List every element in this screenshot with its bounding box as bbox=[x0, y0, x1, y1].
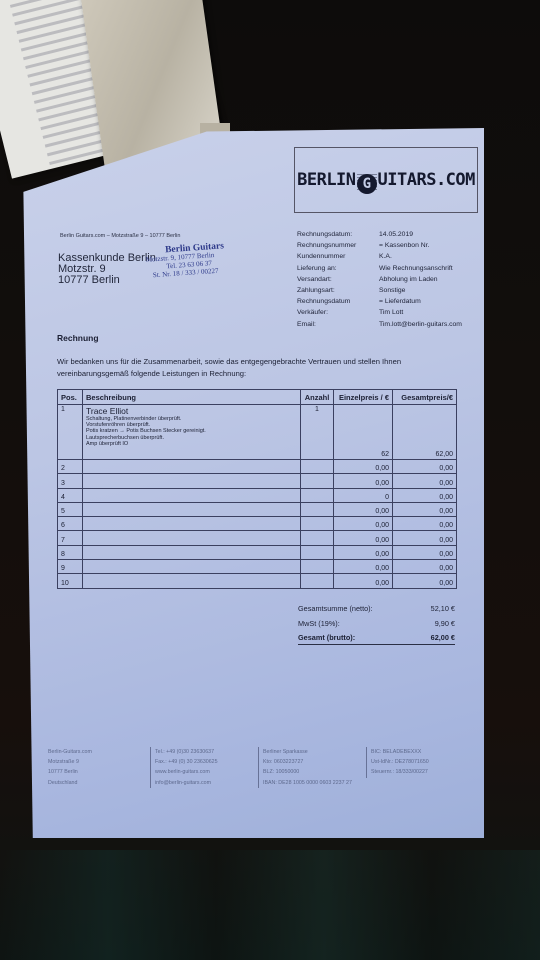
row-quantity bbox=[301, 474, 334, 488]
row-pos: 1 bbox=[58, 405, 83, 460]
meta-row: KundennummerK.A. bbox=[297, 251, 462, 262]
row-total-price: 0,00 bbox=[393, 517, 457, 531]
row-description bbox=[83, 545, 301, 559]
net-total-row: Gesamtsumme (netto): 52,10 € bbox=[298, 601, 455, 616]
footer-line: Ust-IdNr.: DE278071650 bbox=[371, 757, 429, 767]
meta-value: Wie Rechnungsanschrift bbox=[379, 263, 453, 274]
logo-g-icon: G bbox=[357, 174, 377, 194]
row-quantity bbox=[301, 488, 334, 502]
company-logo: BERLINGUITARS.COM bbox=[294, 147, 478, 213]
item-title: Trace Elliot bbox=[86, 406, 297, 416]
gross-total-row: Gesamt (brutto): 62,00 € bbox=[298, 631, 455, 645]
row-description bbox=[83, 474, 301, 488]
row-description bbox=[83, 460, 301, 474]
logo-text-part2: UITARS.COM bbox=[377, 170, 476, 190]
document-title: Rechnung bbox=[57, 333, 99, 343]
row-pos: 3 bbox=[58, 474, 83, 488]
row-description bbox=[83, 517, 301, 531]
row-pos: 8 bbox=[58, 545, 83, 559]
row-quantity bbox=[301, 502, 334, 516]
row-quantity bbox=[301, 460, 334, 474]
meta-label: Lieferung an: bbox=[297, 263, 379, 274]
row-quantity bbox=[301, 517, 334, 531]
meta-row: Zahlungsart:Sonstige bbox=[297, 285, 462, 296]
footer-col-address: Berlin-Guitars.comMotzstraße 910777 Berl… bbox=[48, 747, 92, 788]
header-pos: Pos. bbox=[58, 390, 83, 405]
footer-line: Berlin-Guitars.com bbox=[48, 747, 92, 757]
meta-label: Verkäufer: bbox=[297, 307, 379, 318]
meta-row: Email:Tim.lott@berlin-guitars.com bbox=[297, 319, 462, 330]
row-quantity bbox=[301, 545, 334, 559]
footer-col-bank: Berliner SparkasseKto: 0603223727BLZ: 10… bbox=[258, 747, 352, 788]
meta-row: Verkäufer:Tim Lott bbox=[297, 307, 462, 318]
row-unit-price: 0,00 bbox=[334, 474, 393, 488]
table-row: 30,000,00 bbox=[58, 474, 457, 488]
table-row: 70,000,00 bbox=[58, 531, 457, 545]
row-unit-price: 0,00 bbox=[334, 460, 393, 474]
header-total-price: Gesamtpreis/€ bbox=[393, 390, 457, 405]
company-stamp: Berlin Guitars Motzstr. 9, 10777 Berlin … bbox=[145, 242, 226, 279]
row-total-price: 0,00 bbox=[393, 474, 457, 488]
row-total-price: 0,00 bbox=[393, 545, 457, 559]
footer-line: www.berlin-guitars.com bbox=[155, 767, 218, 777]
footer-line: Fax.: +49 (0) 30 23630625 bbox=[155, 757, 218, 767]
intro-text: Wir bedanken uns für die Zusammenarbeit,… bbox=[57, 356, 467, 380]
net-label: Gesamtsumme (netto): bbox=[298, 601, 373, 616]
meta-label: Zahlungsart: bbox=[297, 285, 379, 296]
row-unit-price: 0,00 bbox=[334, 502, 393, 516]
meta-label: Rechnungsnummer bbox=[297, 240, 379, 251]
meta-row: Versandart:Abholung im Laden bbox=[297, 274, 462, 285]
row-total-price: 0,00 bbox=[393, 531, 457, 545]
footer-line: 10777 Berlin bbox=[48, 767, 92, 777]
footer-line: Berliner Sparkasse bbox=[263, 747, 352, 757]
table-row: 400,00 bbox=[58, 488, 457, 502]
meta-label: Rechnungsdatum: bbox=[297, 229, 379, 240]
footer-line: Motzstraße 9 bbox=[48, 757, 92, 767]
meta-value: = Lieferdatum bbox=[379, 296, 421, 307]
table-row: 100,000,00 bbox=[58, 574, 457, 588]
sender-address-line: Berlin Guitars.com – Motzstraße 9 – 1077… bbox=[60, 233, 180, 239]
row-total-price: 0,00 bbox=[393, 488, 457, 502]
row-unit-price: 62 bbox=[334, 405, 393, 460]
gross-value: 62,00 € bbox=[431, 631, 455, 644]
header-quantity: Anzahl bbox=[301, 390, 334, 405]
row-pos: 5 bbox=[58, 502, 83, 516]
footer-line: BIC: BELADEBEXXX bbox=[371, 747, 429, 757]
row-quantity: 1 bbox=[301, 405, 334, 460]
meta-row: Rechnungsdatum= Lieferdatum bbox=[297, 296, 462, 307]
meta-row: Rechnungsdatum:14.05.2019 bbox=[297, 229, 462, 240]
customer-address: Kassenkunde Berlin Motzstr. 9 10777 Berl… bbox=[58, 253, 156, 286]
row-quantity bbox=[301, 560, 334, 574]
footer-line: info@berlin-guitars.com bbox=[155, 778, 218, 788]
background-surface bbox=[0, 850, 540, 960]
items-table: Pos. Beschreibung Anzahl Einzelpreis / €… bbox=[57, 389, 457, 589]
table-row: 80,000,00 bbox=[58, 545, 457, 559]
header-description: Beschreibung bbox=[83, 390, 301, 405]
row-description bbox=[83, 574, 301, 588]
row-pos: 4 bbox=[58, 488, 83, 502]
row-description bbox=[83, 488, 301, 502]
vat-row: MwSt (19%): 9,90 € bbox=[298, 616, 455, 631]
footer-line: Steuernr.: 18/333/00227 bbox=[371, 767, 429, 777]
row-pos: 6 bbox=[58, 517, 83, 531]
row-unit-price: 0,00 bbox=[334, 560, 393, 574]
table-row: 60,000,00 bbox=[58, 517, 457, 531]
footer-col-tax: BIC: BELADEBEXXXUst-IdNr.: DE278071650St… bbox=[366, 747, 429, 778]
row-total-price: 0,00 bbox=[393, 502, 457, 516]
table-header-row: Pos. Beschreibung Anzahl Einzelpreis / €… bbox=[58, 390, 457, 405]
row-quantity bbox=[301, 531, 334, 545]
invoice-meta: Rechnungsdatum:14.05.2019Rechnungsnummer… bbox=[297, 229, 462, 330]
row-quantity bbox=[301, 574, 334, 588]
footer-line: Tel.: +49 (0)30 23630637 bbox=[155, 747, 218, 757]
row-total-price: 0,00 bbox=[393, 460, 457, 474]
row-unit-price: 0,00 bbox=[334, 545, 393, 559]
row-description bbox=[83, 560, 301, 574]
table-row: 50,000,00 bbox=[58, 502, 457, 516]
footer-line: Deutschland bbox=[48, 778, 92, 788]
meta-label: Email: bbox=[297, 319, 379, 330]
row-pos: 7 bbox=[58, 531, 83, 545]
table-row: 90,000,00 bbox=[58, 560, 457, 574]
row-pos: 9 bbox=[58, 560, 83, 574]
meta-label: Rechnungsdatum bbox=[297, 296, 379, 307]
row-unit-price: 0,00 bbox=[334, 574, 393, 588]
row-description bbox=[83, 502, 301, 516]
item-detail-line: Amp überprüft IO bbox=[86, 441, 297, 447]
footer-col-contact: Tel.: +49 (0)30 23630637Fax.: +49 (0) 30… bbox=[150, 747, 218, 788]
meta-label: Versandart: bbox=[297, 274, 379, 285]
header-unit-price: Einzelpreis / € bbox=[334, 390, 393, 405]
meta-value: 14.05.2019 bbox=[379, 229, 413, 240]
net-value: 52,10 € bbox=[431, 601, 455, 616]
meta-value: Tim.lott@berlin-guitars.com bbox=[379, 319, 462, 330]
row-description: Trace Elliot Schaltung, Platinenverbinde… bbox=[83, 405, 301, 460]
row-total-price: 62,00 bbox=[393, 405, 457, 460]
meta-row: Rechnungsnummer= Kassenbon Nr. bbox=[297, 240, 462, 251]
totals-block: Gesamtsumme (netto): 52,10 € MwSt (19%):… bbox=[298, 601, 455, 645]
footer-line: IBAN: DE28 1005 0000 0603 2237 27 bbox=[263, 778, 352, 788]
meta-value: K.A. bbox=[379, 251, 392, 262]
logo-text-part1: BERLIN bbox=[296, 170, 356, 190]
row-description bbox=[83, 531, 301, 545]
vat-label: MwSt (19%): bbox=[298, 616, 340, 631]
footer-line: Kto: 0603223727 bbox=[263, 757, 352, 767]
meta-value: = Kassenbon Nr. bbox=[379, 240, 429, 251]
customer-city: 10777 Berlin bbox=[58, 275, 156, 286]
meta-value: Sonstige bbox=[379, 285, 405, 296]
meta-value: Abholung im Laden bbox=[379, 274, 438, 285]
table-row: 20,000,00 bbox=[58, 460, 457, 474]
row-pos: 10 bbox=[58, 574, 83, 588]
row-unit-price: 0 bbox=[334, 488, 393, 502]
row-total-price: 0,00 bbox=[393, 560, 457, 574]
table-row: 1 Trace Elliot Schaltung, Platinenverbin… bbox=[58, 405, 457, 460]
footer-line: BLZ: 10050000 bbox=[263, 767, 352, 777]
meta-row: Lieferung an:Wie Rechnungsanschrift bbox=[297, 263, 462, 274]
meta-value: Tim Lott bbox=[379, 307, 403, 318]
row-unit-price: 0,00 bbox=[334, 531, 393, 545]
row-pos: 2 bbox=[58, 460, 83, 474]
gross-label: Gesamt (brutto): bbox=[298, 631, 355, 644]
meta-label: Kundennummer bbox=[297, 251, 379, 262]
row-unit-price: 0,00 bbox=[334, 517, 393, 531]
row-total-price: 0,00 bbox=[393, 574, 457, 588]
vat-value: 9,90 € bbox=[435, 616, 455, 631]
